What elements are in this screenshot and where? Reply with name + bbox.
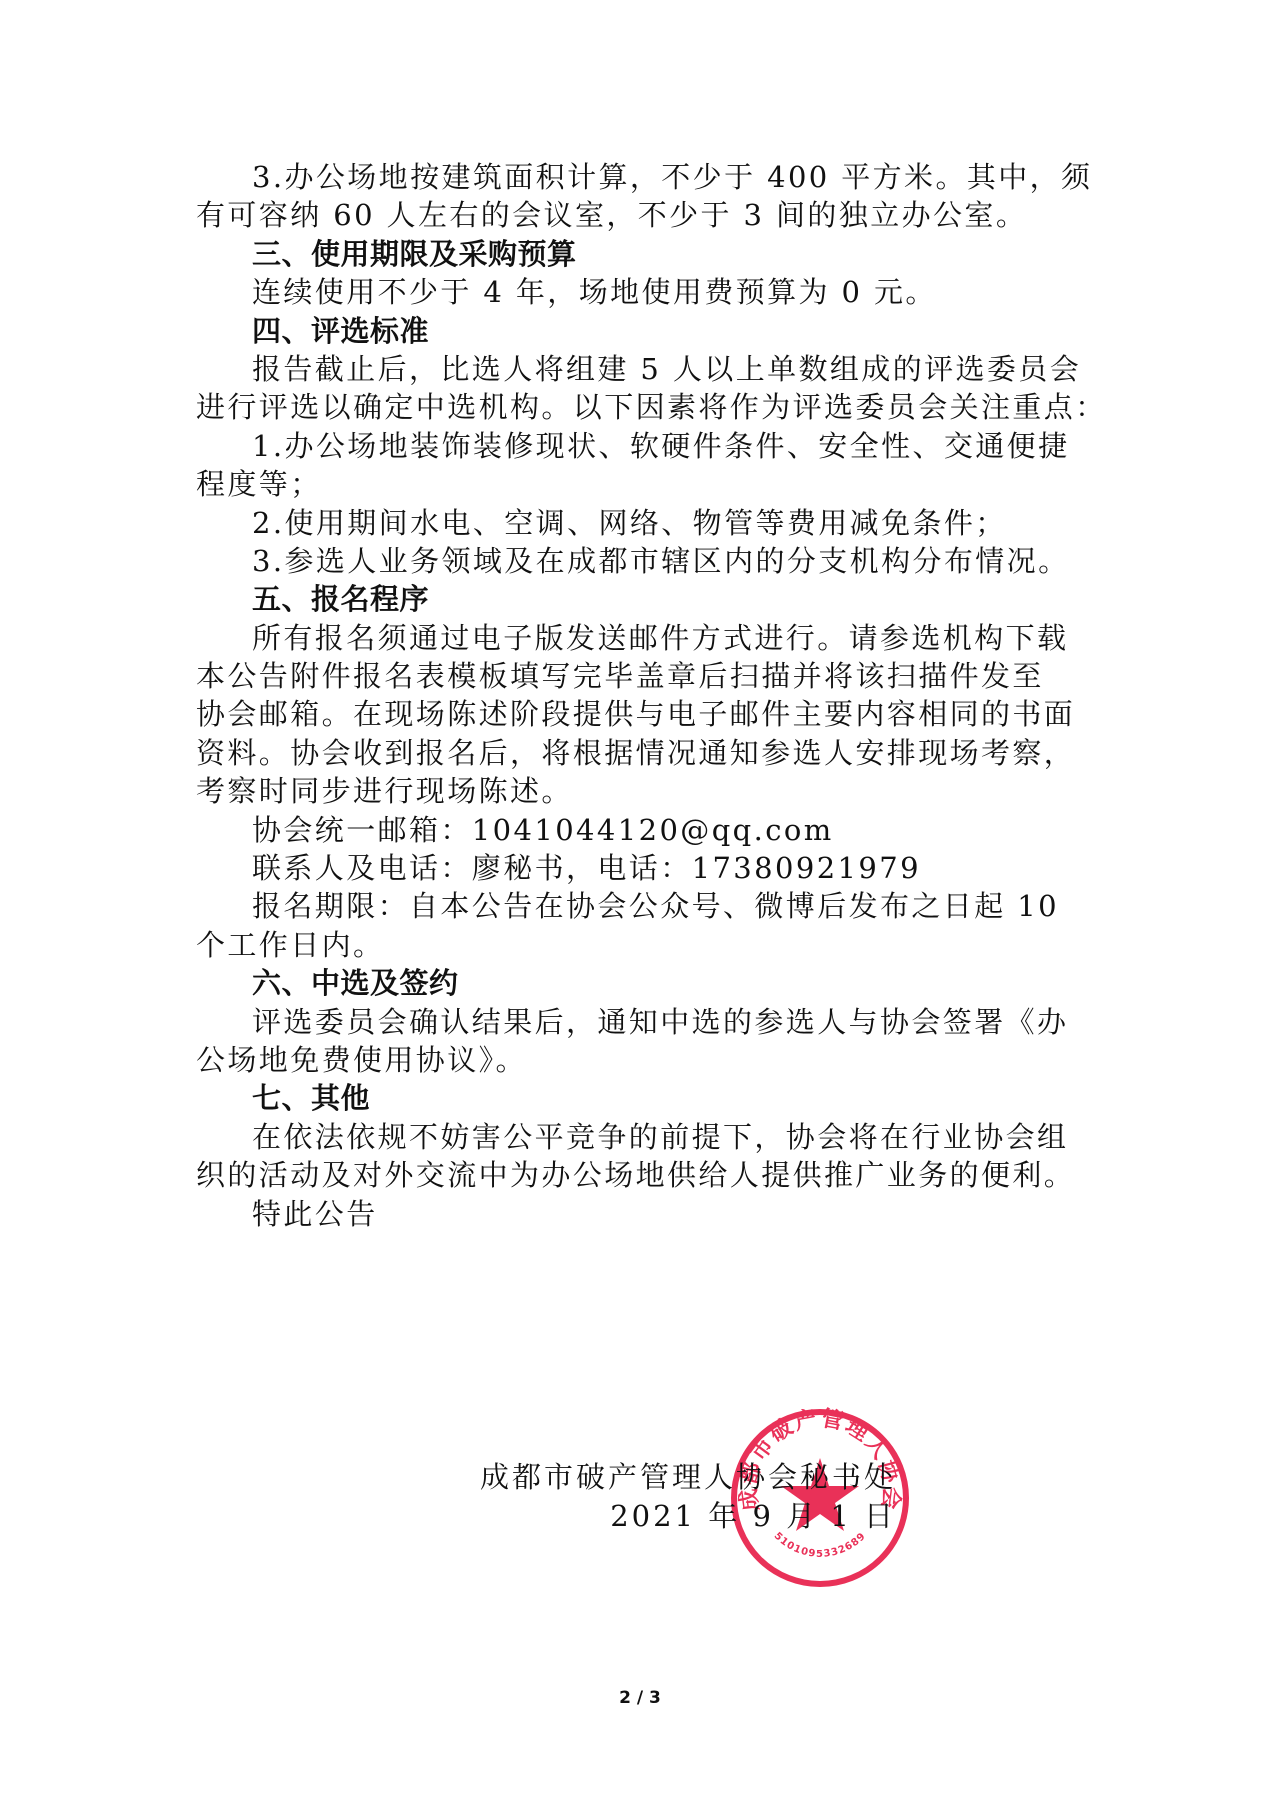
paragraph-line: 资料。协会收到报名后，将根据情况通知参选人安排现场考察， bbox=[196, 734, 1092, 772]
paragraph-line: 本公告附件报名表模板填写完毕盖章后扫描并将该扫描件发至 bbox=[196, 657, 1092, 695]
paragraph-line: 织的活动及对外交流中为办公场地供给人提供推广业务的便利。 bbox=[196, 1156, 1092, 1194]
paragraph-line: 所有报名须通过电子版发送邮件方式进行。请参选机构下载 bbox=[196, 619, 1092, 657]
signature-date: 2021 年 9 月 1 日 bbox=[0, 1494, 896, 1535]
paragraph-line: 程度等； bbox=[196, 465, 1092, 503]
paragraph-line: 报名期限：自本公告在协会公众号、微博后发布之日起 10 bbox=[196, 887, 1092, 925]
paragraph-line: 联系人及电话：廖秘书，电话：17380921979 bbox=[196, 849, 1092, 887]
document-body: 3.办公场地按建筑面积计算，不少于 400 平方米。其中，须有可容纳 60 人左… bbox=[196, 158, 1092, 1233]
paragraph-line: 个工作日内。 bbox=[196, 926, 1092, 964]
section-heading: 三、使用期限及采购预算 bbox=[196, 235, 1092, 273]
section-heading: 五、报名程序 bbox=[196, 580, 1092, 618]
paragraph-line: 评选委员会确认结果后，通知中选的参选人与协会签署《办 bbox=[196, 1003, 1092, 1041]
paragraph-line: 有可容纳 60 人左右的会议室，不少于 3 间的独立办公室。 bbox=[196, 196, 1092, 234]
paragraph-line: 公场地免费使用协议》。 bbox=[196, 1041, 1092, 1079]
section-heading: 六、中选及签约 bbox=[196, 964, 1092, 1002]
paragraph-line: 2.使用期间水电、空调、网络、物管等费用减免条件； bbox=[196, 504, 1092, 542]
paragraph-line: 协会邮箱。在现场陈述阶段提供与电子邮件主要内容相同的书面 bbox=[196, 695, 1092, 733]
paragraph-line: 3.办公场地按建筑面积计算，不少于 400 平方米。其中，须 bbox=[196, 158, 1092, 196]
paragraph-line: 3.参选人业务领域及在成都市辖区内的分支机构分布情况。 bbox=[196, 542, 1092, 580]
paragraph-line: 协会统一邮箱：1041044120@qq.com bbox=[196, 811, 1092, 849]
paragraph-line: 特此公告 bbox=[196, 1195, 1092, 1233]
signature-organization: 成都市破产管理人协会秘书处 bbox=[0, 1455, 896, 1496]
page-number: 2 / 3 bbox=[0, 1688, 1280, 1708]
paragraph-line: 考察时同步进行现场陈述。 bbox=[196, 772, 1092, 810]
paragraph-line: 在依法依规不妨害公平竞争的前提下，协会将在行业协会组 bbox=[196, 1118, 1092, 1156]
document-page: 3.办公场地按建筑面积计算，不少于 400 平方米。其中，须有可容纳 60 人左… bbox=[0, 0, 1280, 1810]
paragraph-line: 进行评选以确定中选机构。以下因素将作为评选委员会关注重点： bbox=[196, 388, 1092, 426]
paragraph-line: 报告截止后，比选人将组建 5 人以上单数组成的评选委员会 bbox=[196, 350, 1092, 388]
paragraph-line: 连续使用不少于 4 年，场地使用费预算为 0 元。 bbox=[196, 273, 1092, 311]
section-heading: 四、评选标准 bbox=[196, 312, 1092, 350]
paragraph-line: 1.办公场地装饰装修现状、软硬件条件、安全性、交通便捷 bbox=[196, 427, 1092, 465]
section-heading: 七、其他 bbox=[196, 1079, 1092, 1117]
